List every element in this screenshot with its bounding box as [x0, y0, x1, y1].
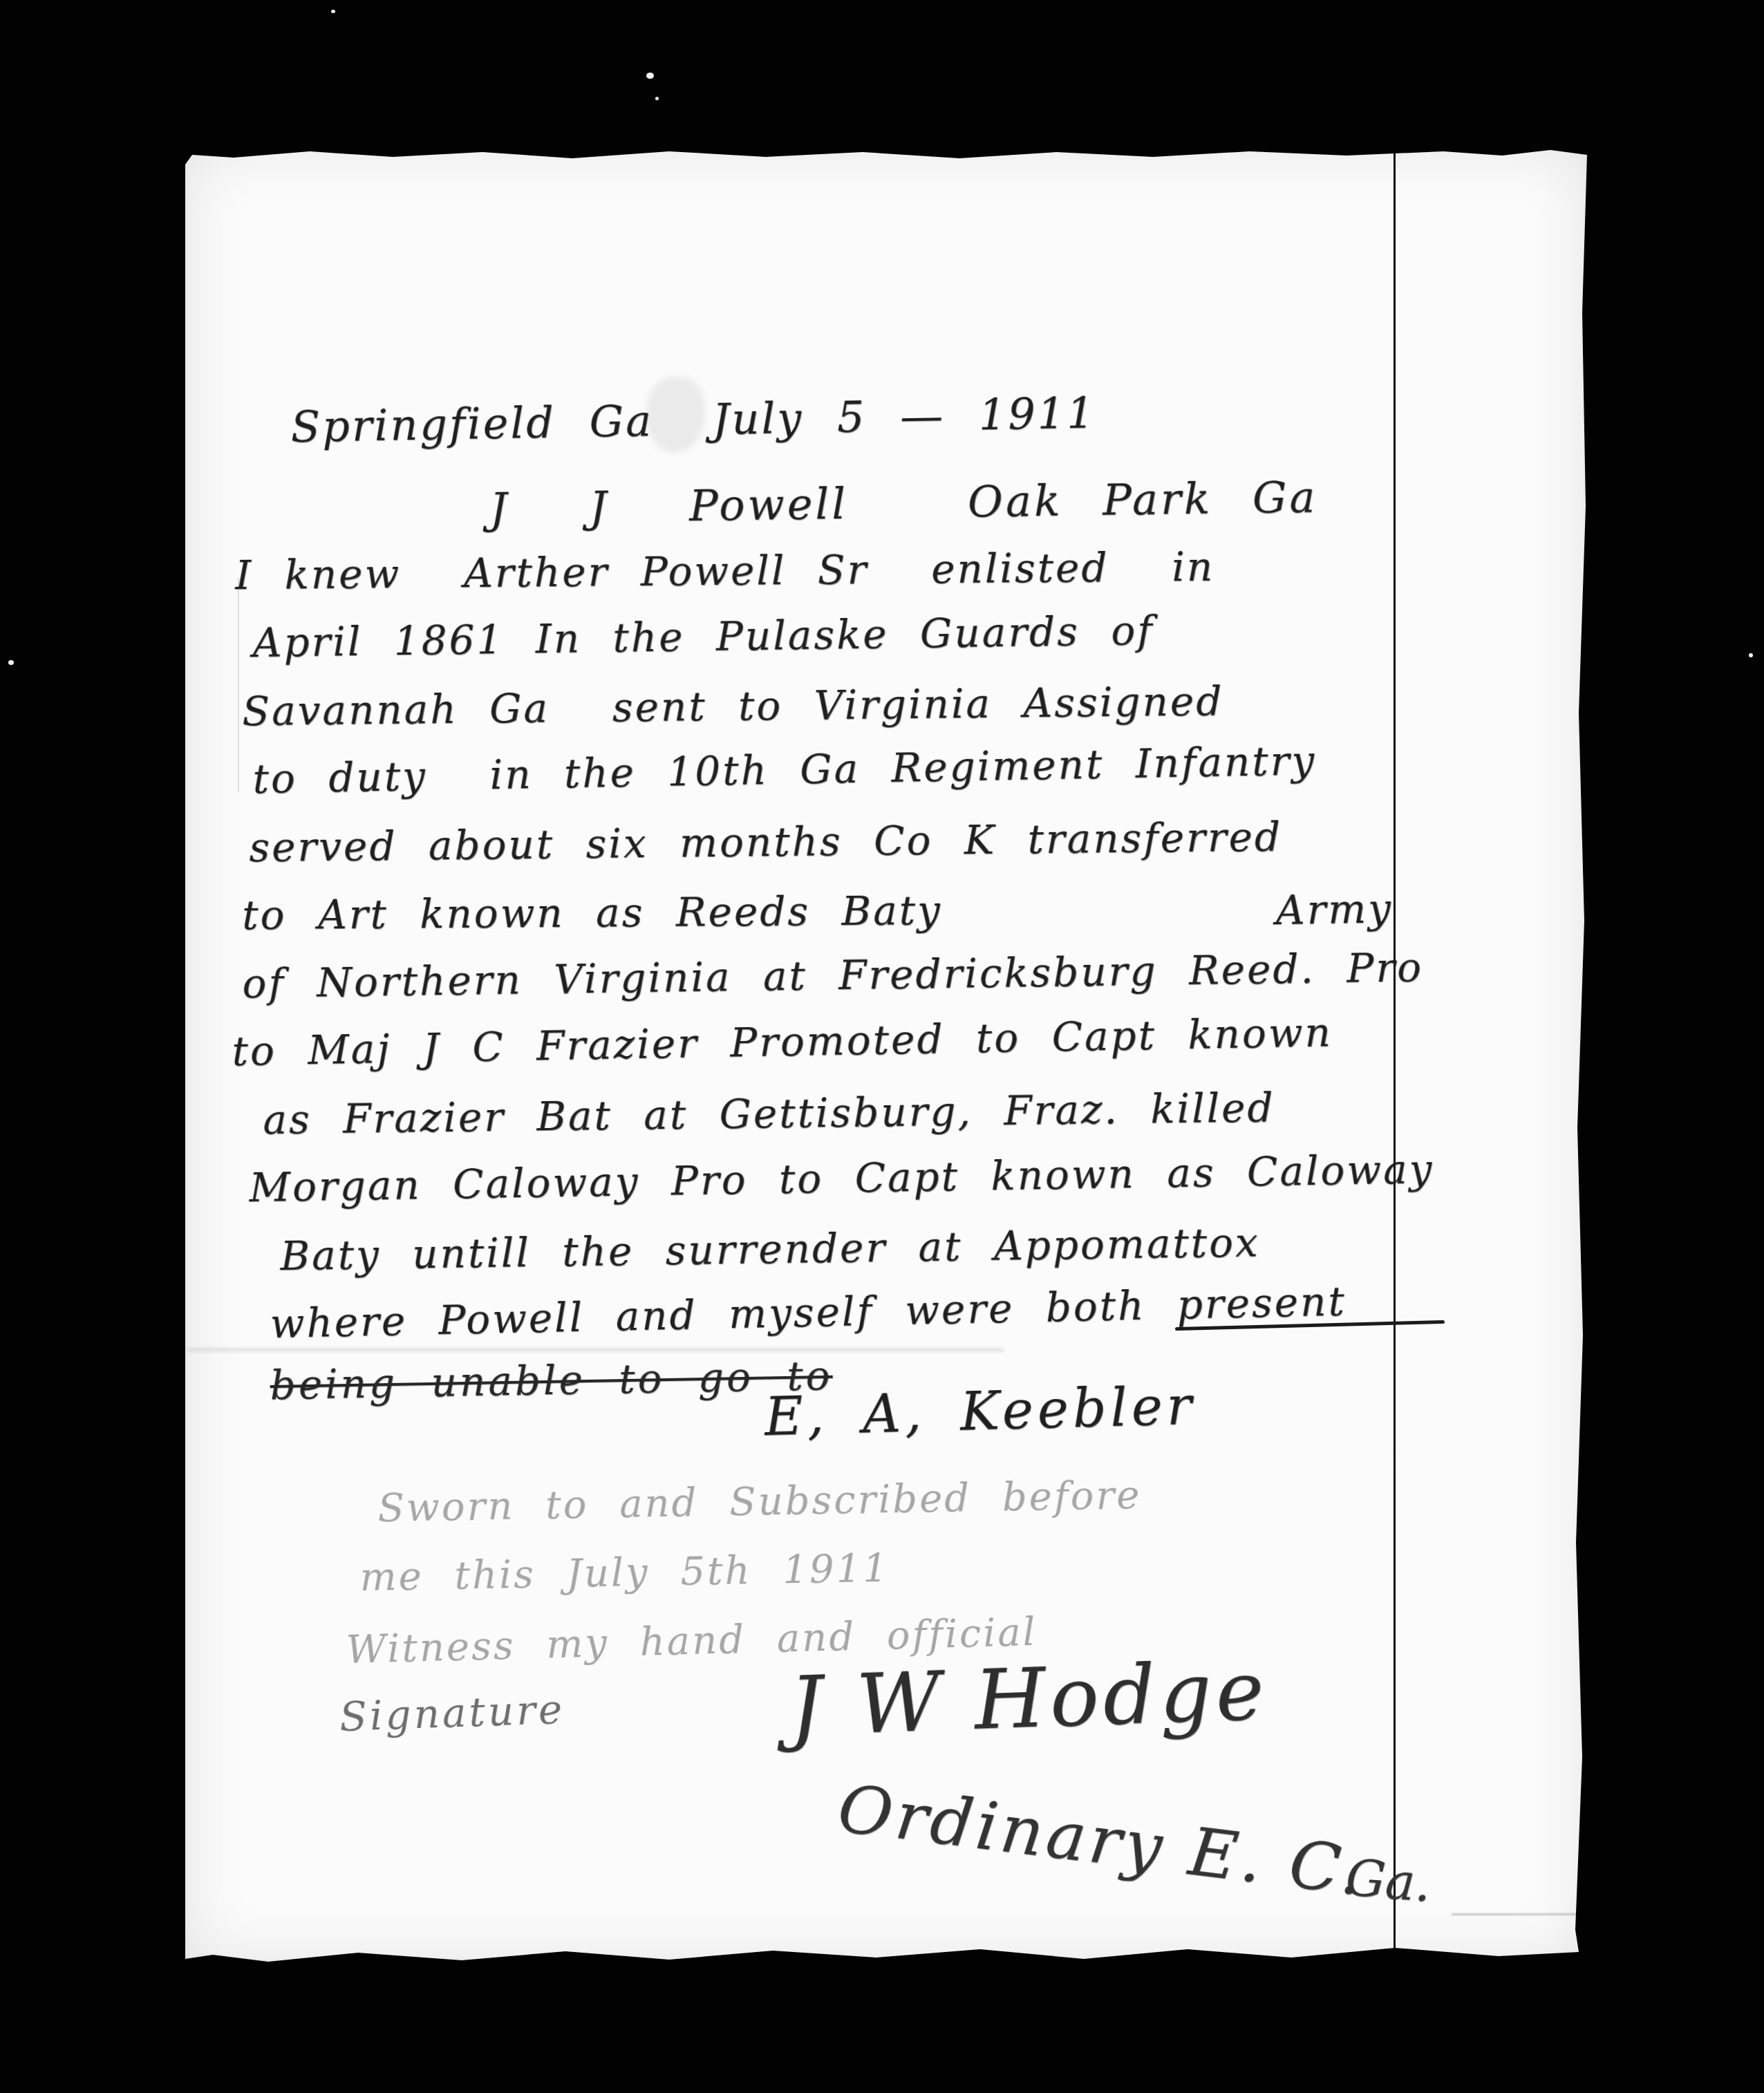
body-line-5: served about six months Co K transferred [249, 813, 1282, 871]
body-line-11: Baty untill the surrender at Appomattox [280, 1219, 1260, 1279]
body-line-3: Savannah Ga sent to Virginia Assigned [242, 677, 1224, 735]
paper-speck [646, 73, 654, 79]
paper-speck [331, 10, 335, 13]
paper-speck [655, 97, 659, 100]
notary-line-1: Sworn to and Subscribed before [377, 1473, 1142, 1531]
body-line-9: as Frazier Bat at Gettisburg, Fraz. kill… [263, 1084, 1275, 1143]
dateline-date: July 5 — 1911 [712, 387, 1096, 444]
notary-title: Ordinary E. C. [834, 1770, 1370, 1911]
army-word: Army [1275, 885, 1394, 934]
body-line-12: where Powell and myself were both presen… [270, 1277, 1347, 1347]
body-line-8: to Maj J C Frazier Promoted to Capt know… [232, 1008, 1333, 1075]
witness-signature: E, A, Keebler [764, 1375, 1197, 1447]
fold-rule-line [1394, 147, 1396, 1962]
document-paper: Springfield Ga July 5 — 1911 J J Powell … [185, 147, 1587, 1962]
crease-line [1452, 1913, 1586, 1915]
notary-state: Ga. [1344, 1849, 1433, 1913]
body-line-2: April 1861 In the Pulaske Guards of [252, 607, 1154, 666]
ink-smudge [646, 377, 705, 453]
scanned-document: Springfield Ga July 5 — 1911 J J Powell … [0, 0, 1764, 2093]
struck-text: being unable to go to [270, 1352, 833, 1409]
paper-speck [8, 660, 14, 665]
addressee-line: J J Powell Oak Park Ga [489, 471, 1318, 534]
notary-line-2: me this July 5th 1911 [359, 1546, 890, 1600]
signature-label: Signature [339, 1686, 565, 1740]
body-line-7: of Northern Virginia at Fredricksburg Re… [242, 944, 1423, 1007]
paper-speck [1749, 653, 1753, 657]
notary-signature: J W Hodge [788, 1642, 1270, 1754]
body-line-1: I knew Arther Powell Sr enlisted in [235, 543, 1215, 599]
body-line-4: to duty in the 10th Ga Regiment Infantry [252, 737, 1317, 803]
body-line-6: to Art known as Reeds Baty [242, 887, 942, 939]
crease-line [188, 1348, 1004, 1352]
body-line-10: Morgan Caloway Pro to Capt known as Calo… [249, 1145, 1434, 1211]
dateline-place: Springfield Ga [290, 395, 654, 452]
margin-crease [238, 578, 239, 792]
